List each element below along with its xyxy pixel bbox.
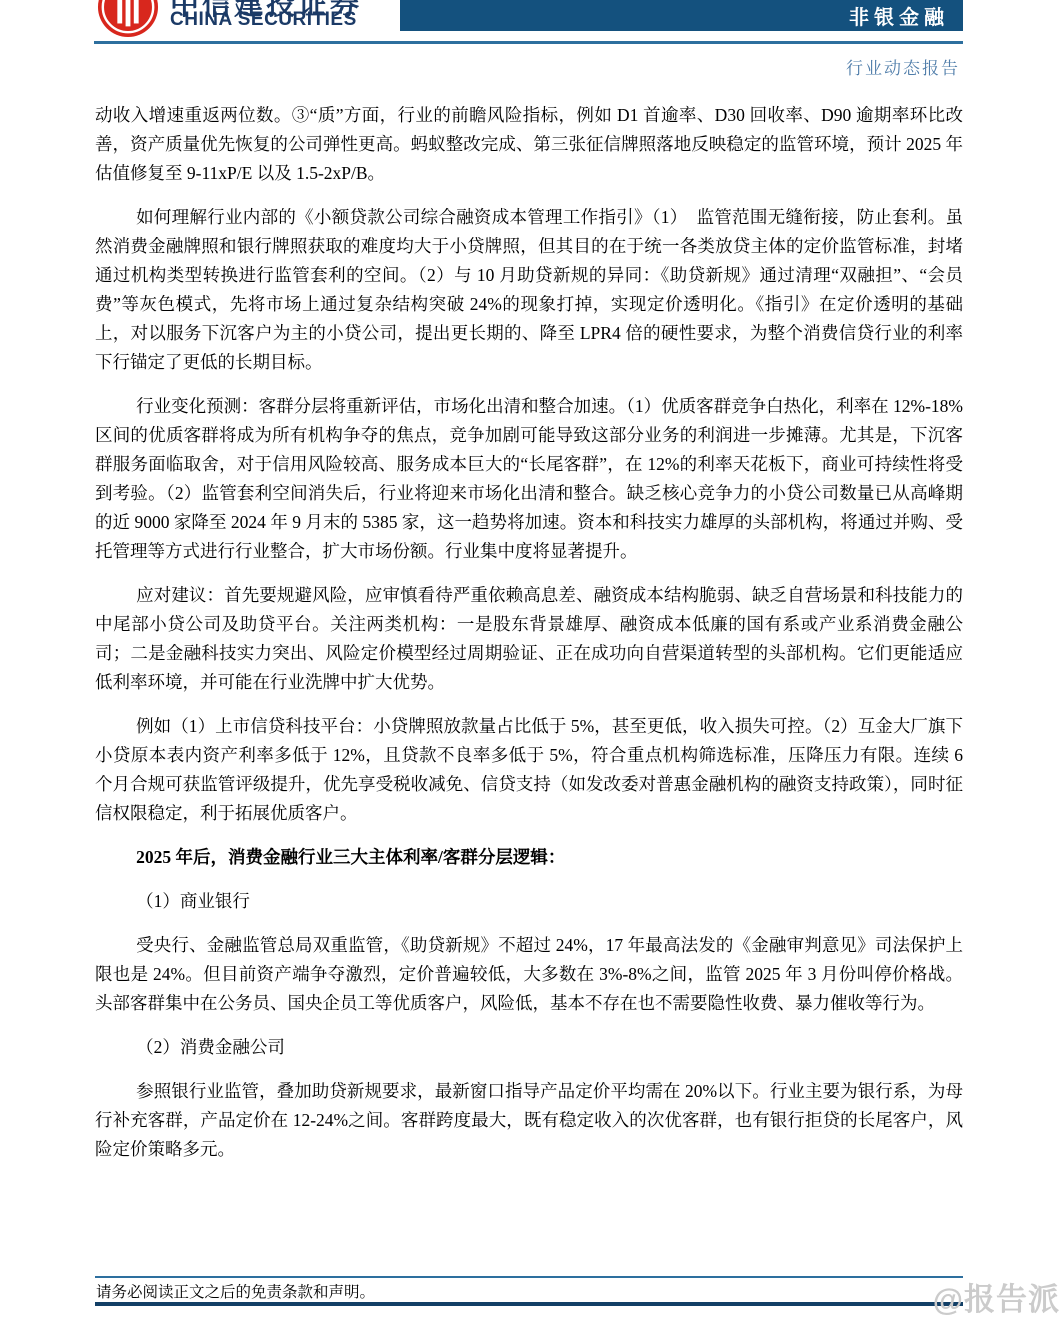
paragraph: 2025 年后，消费金融行业三大主体利率/客群分层逻辑： — [95, 843, 963, 872]
sector-badge: 非银金融 — [400, 0, 963, 31]
paragraph: （2）消费金融公司 — [95, 1033, 963, 1062]
watermark-baogaopai: @报告派 — [933, 1274, 1060, 1319]
footer-disclaimer: 请务必阅读正文之后的免责条款和声明。 — [96, 1280, 375, 1302]
logo-english-name: CHINA SECURITIES — [170, 9, 357, 31]
header-divider — [94, 41, 963, 44]
paragraph: 如何理解行业内部的《小额贷款公司综合融资成本管理工作指引》（1） 监管范围无缝衔… — [95, 203, 963, 377]
report-body: 动收入增速重返两位数。③“质”方面，行业的前瞻风险指标，例如 D1 首逾率、D3… — [95, 101, 963, 1179]
sector-badge-label: 非银金融 — [849, 1, 949, 30]
footer-divider-top — [95, 1276, 963, 1278]
paragraph: 参照银行业监管，叠加助贷新规要求，最新窗口指导产品定价平均需在 20%以下。行业… — [95, 1077, 963, 1164]
paragraph: （1）商业银行 — [95, 887, 963, 916]
footer-divider-bottom — [95, 1302, 963, 1306]
paragraph: 受央行、金融监管总局双重监管，《助贷新规》不超过 24%，17 年最高法发的《金… — [95, 931, 963, 1018]
paragraph: 例如（1）上市信贷科技平台：小贷牌照放款量占比低于 5%，甚至更低，收入损失可控… — [95, 712, 963, 828]
citic-logo-icon — [97, 0, 159, 38]
report-type-label: 行业动态报告 — [846, 54, 960, 79]
paragraph: 行业变化预测：客群分层将重新评估，市场化出清和整合加速。（1）优质客群竞争白热化… — [95, 392, 963, 566]
paragraph: 动收入增速重返两位数。③“质”方面，行业的前瞻风险指标，例如 D1 首逾率、D3… — [95, 101, 963, 188]
paragraph: 应对建议：首先要规避风险，应审慎看待严重依赖高息差、融资成本结构脆弱、缺乏自营场… — [95, 581, 963, 697]
